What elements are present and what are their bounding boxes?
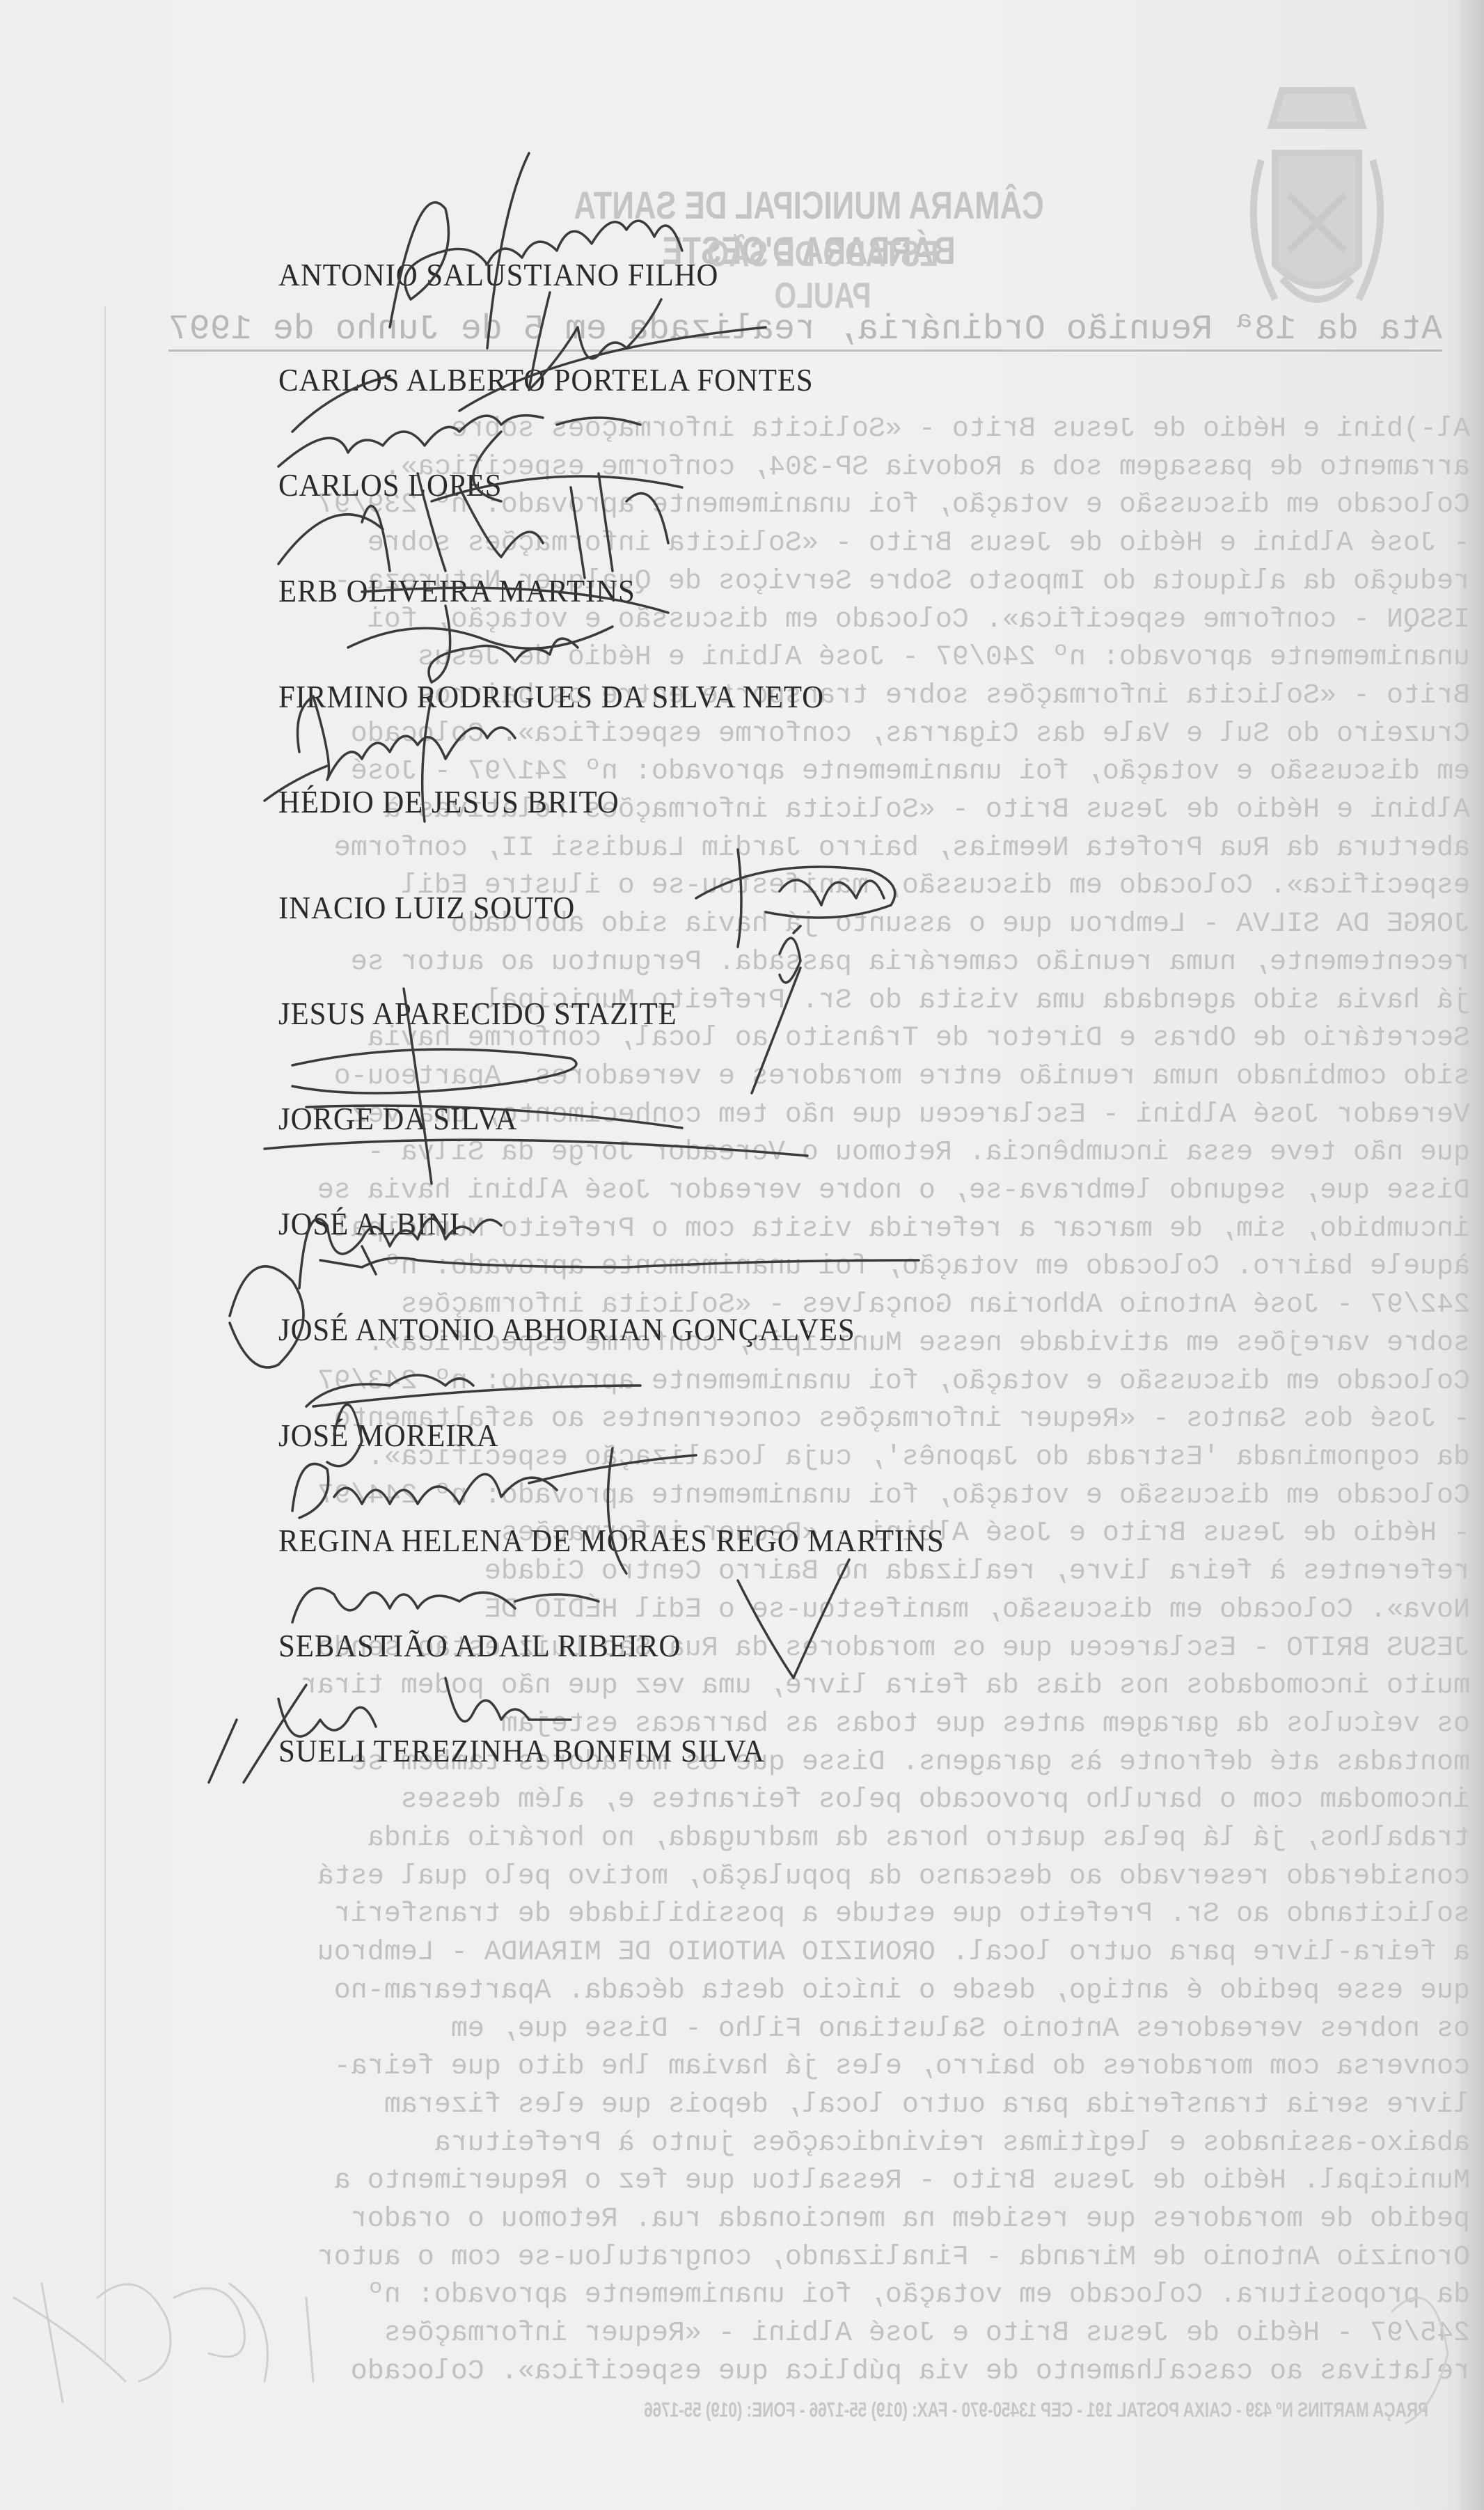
signatory-name: CARLOS ALBERTO PORTELA FONTES xyxy=(278,361,814,398)
document-page: CÂMARA MUNICIPAL DE SANTA BÁRBARA D'OEST… xyxy=(0,0,1484,2510)
signatory-name: FIRMINO RODRIGUES DA SILVA NETO xyxy=(278,678,824,715)
signatory-list: ANTONIO SALUSTIANO FILHO CARLOS ALBERTO … xyxy=(0,0,1484,2510)
signatory-name: JOSÉ ALBINI xyxy=(278,1205,460,1242)
signatory-name: JOSÉ MOREIRA xyxy=(278,1417,499,1454)
signatory-name: JOSÉ ANTONIO ABHORIAN GONÇALVES xyxy=(278,1311,855,1348)
signatory-name: HÉDIO DE JESUS BRITO xyxy=(278,783,619,820)
signatory-name: REGINA HELENA DE MORAES REGO MARTINS xyxy=(278,1522,945,1559)
signatory-name: CARLOS LOPES xyxy=(278,466,502,503)
signatory-name: JESUS APARECIDO STAZITE xyxy=(278,995,677,1032)
signatory-name: SEBASTIÃO ADAIL RIBEIRO xyxy=(278,1627,681,1664)
signatory-name: SUELI TEREZINHA BONFIM SILVA xyxy=(278,1732,765,1769)
signatory-name: ANTONIO SALUSTIANO FILHO xyxy=(278,256,718,293)
signatory-name: JORGE DA SILVA xyxy=(278,1100,517,1137)
signatory-name: INACIO LUIZ SOUTO xyxy=(278,889,575,926)
signatory-name: ERB OLIVEIRA MARTINS xyxy=(278,572,636,609)
